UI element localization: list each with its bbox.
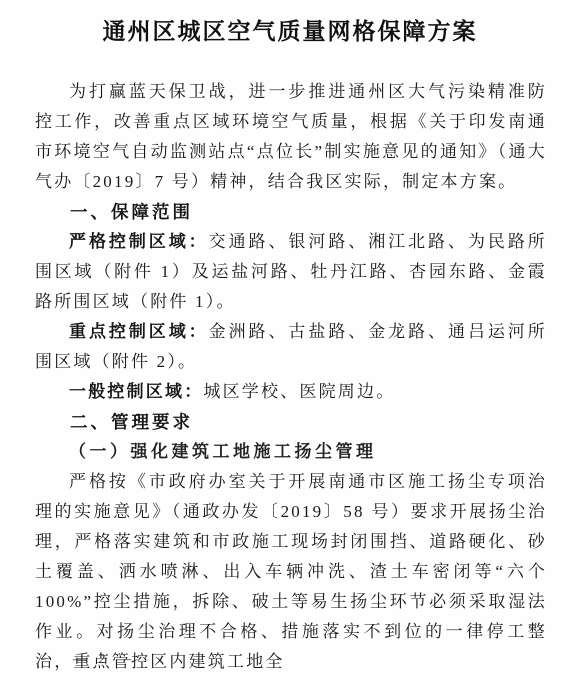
control-zone-general-text: 城区学校、医院周边。	[203, 382, 395, 401]
control-zone-strict: 严格控制区域：交通路、银河路、湘江北路、为民路所围区域（附件 1）及运盐河路、牡…	[35, 227, 547, 317]
control-zone-general: 一般控制区域：城区学校、医院周边。	[35, 377, 547, 407]
document-body: 为打赢蓝天保卫战，进一步推进通州区大气污染精准防控工作，改善重点区域环境空气质量…	[35, 77, 547, 677]
document-page: 通州区城区空气质量网格保障方案 为打赢蓝天保卫战，进一步推进通州区大气污染精准防…	[0, 0, 580, 679]
intro-paragraph: 为打赢蓝天保卫战，进一步推进通州区大气污染精准防控工作，改善重点区域环境空气质量…	[35, 77, 547, 197]
control-zone-general-label: 一般控制区域：	[69, 382, 203, 401]
control-zone-strict-label: 严格控制区域：	[69, 232, 209, 251]
subsection1-heading: （一）强化建筑工地施工扬尘管理	[35, 437, 547, 467]
subsection1-body: 严格按《市政府办室关于开展南通市区施工扬尘专项治理的实施意见》（通政办发〔201…	[35, 467, 547, 677]
control-zone-key: 重点控制区域：金洲路、古盐路、金龙路、通吕运河所围区域（附件 2）。	[35, 317, 547, 377]
section1-heading: 一、保障范围	[35, 197, 547, 227]
page-number: — 2 —	[73, 652, 135, 668]
control-zone-key-label: 重点控制区域：	[69, 322, 209, 341]
page-title: 通州区城区空气质量网格保障方案	[0, 0, 580, 46]
section2-heading: 二、管理要求	[35, 407, 547, 437]
